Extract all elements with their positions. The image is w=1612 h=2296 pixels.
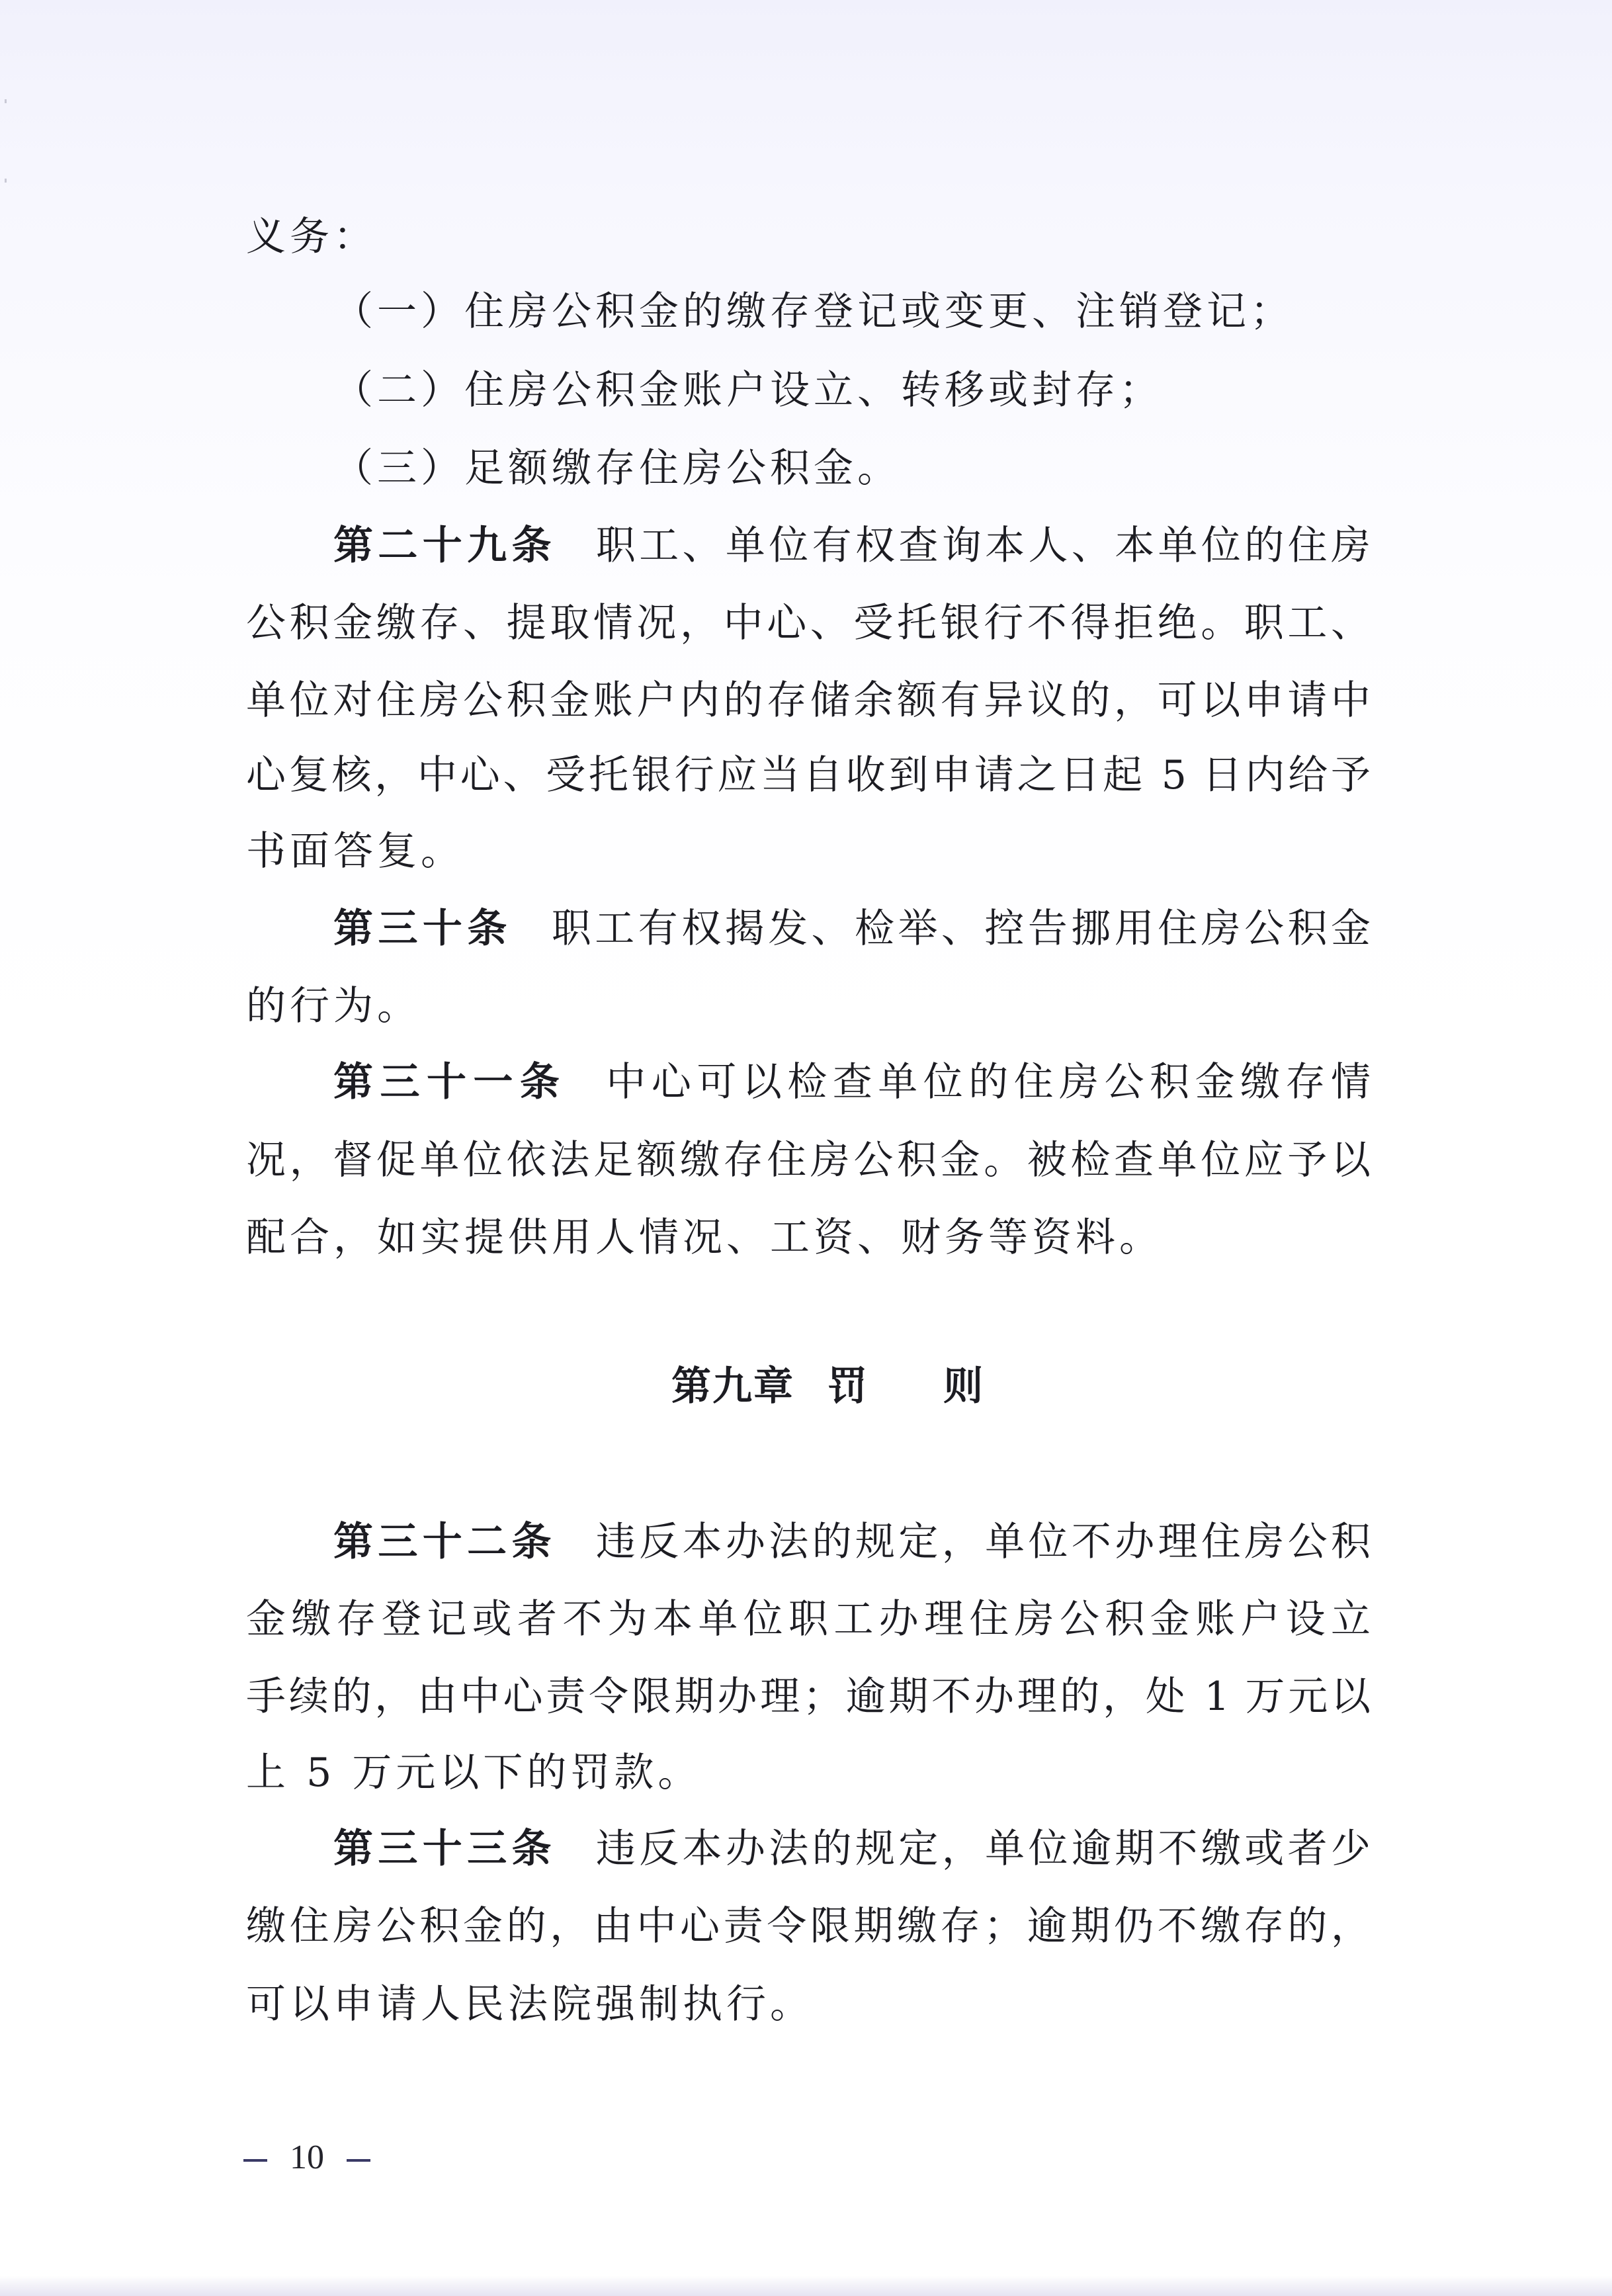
article-32-line-1: 第三十二条违反本办法的规定，单位不办理住房公积 bbox=[333, 1515, 1371, 1568]
article-31-line-3: 配合，如实提供用人情况、工资、财务等资料。 bbox=[246, 1211, 1371, 1264]
item-text: 住房公积金的缴存登记或变更、注销登记； bbox=[464, 288, 1294, 335]
article-text: 中心可以检查单位的住房公积金缴存情 bbox=[606, 1059, 1371, 1105]
article-text: 职工、单位有权查询本人、本单位的住房 bbox=[596, 523, 1371, 569]
article-text: 公积金缴存、提取情况，中心、受托银行不得拒绝。职工、 bbox=[246, 600, 1371, 646]
article-text: 可以申请人民法院强制执行。 bbox=[246, 1981, 814, 2027]
article-text: 况，督促单位依法足额缴存住房公积金。被检查单位应予以 bbox=[246, 1137, 1371, 1183]
article-number: 第三十二条 bbox=[333, 1519, 556, 1565]
article-29-line-4: 心复核，中心、受托银行应当自收到申请之日起 5 日内给予 bbox=[246, 749, 1371, 802]
article-text: 缴住房公积金的，由中心责令限期缴存；逾期仍不缴存的， bbox=[246, 1903, 1371, 1949]
page-number: 10 bbox=[243, 2138, 370, 2178]
item-label: （一） bbox=[333, 288, 464, 335]
article-31-line-2: 况，督促单位依法足额缴存住房公积金。被检查单位应予以 bbox=[246, 1134, 1371, 1187]
chapter-title-part-1: 罚 bbox=[827, 1363, 867, 1410]
article-text: 书面答复。 bbox=[246, 828, 464, 874]
article-text: 配合，如实提供用人情况、工资、财务等资料。 bbox=[246, 1214, 1163, 1261]
list-item-1: （一）住房公积金的缴存登记或变更、注销登记； bbox=[333, 285, 1371, 338]
article-32-line-4: 上 5 万元以下的罚款。 bbox=[246, 1746, 1371, 1799]
article-29-line-5: 书面答复。 bbox=[246, 825, 1371, 878]
dash-right bbox=[347, 2159, 370, 2162]
scan-margin-mark bbox=[5, 99, 7, 103]
article-29-line-3: 单位对住房公积金账户内的存储余额有异议的，可以申请中 bbox=[246, 674, 1371, 727]
article-number: 第三十一条 bbox=[333, 1059, 566, 1105]
article-text: 上 5 万元以下的罚款。 bbox=[246, 1750, 701, 1796]
list-item-3: （三）足额缴存住房公积金。 bbox=[333, 442, 1371, 495]
article-number: 第三十三条 bbox=[333, 1826, 556, 1872]
article-30-line-2: 的行为。 bbox=[246, 980, 1371, 1033]
article-32-line-2: 金缴存登记或者不为本单位职工办理住房公积金账户设立 bbox=[246, 1593, 1371, 1646]
article-33-line-2: 缴住房公积金的，由中心责令限期缴存；逾期仍不缴存的， bbox=[246, 1900, 1371, 1953]
item-text: 足额缴存住房公积金。 bbox=[464, 445, 901, 491]
chapter-title-part-2: 则 bbox=[943, 1363, 983, 1410]
article-text: 的行为。 bbox=[246, 983, 421, 1029]
dash-left bbox=[243, 2159, 267, 2162]
article-text: 单位对住房公积金账户内的存储余额有异议的，可以申请中 bbox=[246, 677, 1371, 724]
article-text: 心复核，中心、受托银行应当自收到申请之日起 5 日内给予 bbox=[246, 752, 1371, 798]
article-number: 第二十九条 bbox=[333, 523, 556, 569]
article-text: 金缴存登记或者不为本单位职工办理住房公积金账户设立 bbox=[246, 1596, 1371, 1642]
list-item-2: （二）住房公积金账户设立、转移或封存； bbox=[333, 364, 1371, 417]
chapter-number: 第九章 bbox=[671, 1363, 794, 1410]
continuation-text: 义务： bbox=[246, 210, 1371, 263]
article-text: 职工有权揭发、检举、控告挪用住房公积金 bbox=[552, 906, 1371, 952]
article-31-line-1: 第三十一条中心可以检查单位的住房公积金缴存情 bbox=[333, 1056, 1371, 1109]
chapter-heading: 第九章罚则 bbox=[671, 1360, 983, 1413]
article-number: 第三十条 bbox=[333, 906, 512, 952]
article-text: 手续的，由中心责令限期办理；逾期不办理的，处 1 万元以 bbox=[246, 1674, 1371, 1720]
article-30-line-1: 第三十条职工有权揭发、检举、控告挪用住房公积金 bbox=[333, 902, 1371, 955]
scan-margin-mark bbox=[5, 179, 7, 183]
item-label: （二） bbox=[333, 367, 464, 413]
document-page: 义务： （一）住房公积金的缴存登记或变更、注销登记； （二）住房公积金账户设立、… bbox=[0, 0, 1612, 2296]
article-29-line-2: 公积金缴存、提取情况，中心、受托银行不得拒绝。职工、 bbox=[246, 597, 1371, 650]
page-number-value: 10 bbox=[290, 2139, 324, 2176]
article-32-line-3: 手续的，由中心责令限期办理；逾期不办理的，处 1 万元以 bbox=[246, 1670, 1371, 1723]
article-33-line-1: 第三十三条违反本办法的规定，单位逾期不缴或者少 bbox=[333, 1822, 1371, 1875]
item-label: （三） bbox=[333, 445, 464, 491]
item-text: 住房公积金账户设立、转移或封存； bbox=[464, 367, 1163, 413]
article-33-line-3: 可以申请人民法院强制执行。 bbox=[246, 1978, 1371, 2031]
article-text: 违反本办法的规定，单位逾期不缴或者少 bbox=[596, 1826, 1371, 1872]
article-29-line-1: 第二十九条职工、单位有权查询本人、本单位的住房 bbox=[333, 519, 1371, 572]
article-text: 违反本办法的规定，单位不办理住房公积 bbox=[596, 1519, 1371, 1565]
